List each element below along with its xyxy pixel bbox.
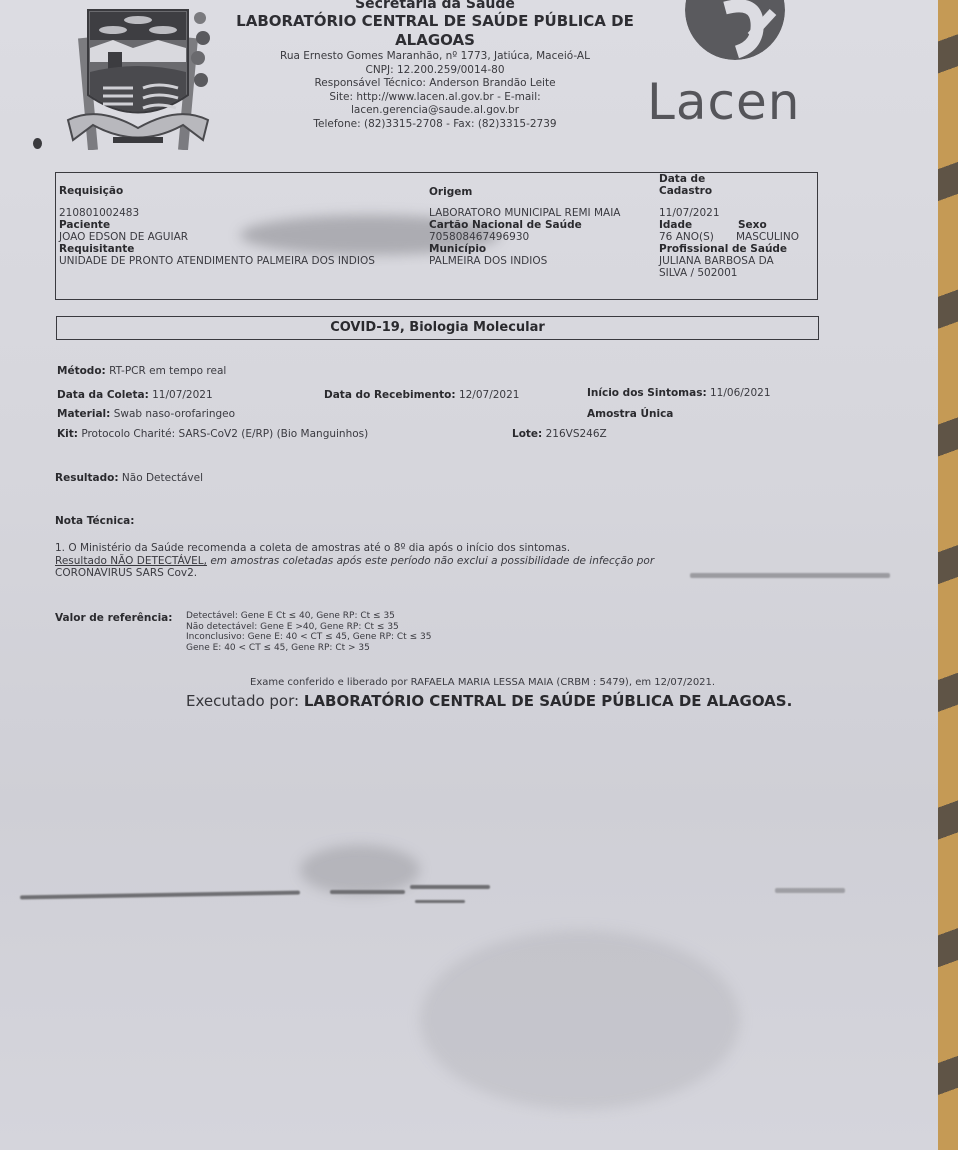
fold-line bbox=[330, 890, 405, 894]
lab-phone: Telefone: (82)3315-2708 - Fax: (82)3315-… bbox=[225, 118, 645, 132]
resultado-line: Resultado: Não Detectável bbox=[55, 472, 203, 485]
inicio-sintomas-line: Início dos Sintomas: 11/06/2021 bbox=[587, 387, 771, 400]
patient-info-box: Requisição 210801002483 Paciente JOAO ED… bbox=[55, 172, 818, 300]
executado-label: Executado por: bbox=[186, 692, 299, 710]
nota-line-2-emphasis: Resultado NÃO DETECTÁVEL, bbox=[55, 555, 207, 567]
inicio-sintomas-value: 11/06/2021 bbox=[710, 387, 771, 399]
lab-report-document: Secretaria da Saúde LABORATÓRIO CENTRAL … bbox=[0, 0, 938, 1150]
requisicao-label: Requisição bbox=[59, 185, 123, 198]
background-surface bbox=[935, 0, 958, 1150]
requisitante-value: UNIDADE DE PRONTO ATENDIMENTO PALMEIRA D… bbox=[59, 255, 375, 268]
fold-line bbox=[20, 891, 300, 900]
referencia-item: Detectável: Gene E Ct ≤ 40, Gene RP: Ct … bbox=[186, 611, 431, 622]
department-name: Secretaria da Saúde bbox=[225, 0, 645, 12]
lab-header: Secretaria da Saúde LABORATÓRIO CENTRAL … bbox=[225, 0, 645, 131]
lab-address: Rua Ernesto Gomes Maranhão, nº 1773, Jat… bbox=[225, 50, 645, 64]
stray-mark bbox=[33, 138, 42, 149]
nota-tecnica-heading: Nota Técnica: bbox=[55, 515, 134, 528]
resultado-label: Resultado: bbox=[55, 472, 119, 484]
lab-name: LABORATÓRIO CENTRAL DE SAÚDE PÚBLICA DE bbox=[225, 12, 645, 31]
fold-line bbox=[415, 900, 465, 903]
metodo-line: Método: RT-PCR em tempo real bbox=[57, 365, 226, 378]
metodo-value: RT-PCR em tempo real bbox=[109, 365, 226, 377]
material-value: Swab naso-orofaringeo bbox=[114, 408, 235, 420]
lote-value: 216VS246Z bbox=[546, 428, 607, 440]
data-coleta-value: 11/07/2021 bbox=[152, 389, 213, 401]
kit-label: Kit: bbox=[57, 428, 78, 440]
origem-label: Origem bbox=[429, 186, 472, 199]
data-coleta-line: Data da Coleta: 11/07/2021 bbox=[57, 389, 213, 402]
data-recebimento-line: Data do Recebimento: 12/07/2021 bbox=[324, 389, 519, 402]
kit-line: Kit: Protocolo Charité: SARS-CoV2 (E/RP)… bbox=[57, 428, 368, 441]
amostra-unica: Amostra Única bbox=[587, 408, 673, 420]
lacen-logo: Lacen bbox=[645, 0, 795, 135]
executado-value: LABORATÓRIO CENTRAL DE SAÚDE PÚBLICA DE … bbox=[304, 692, 792, 710]
metodo-label: Método: bbox=[57, 365, 106, 377]
inicio-sintomas-label: Início dos Sintomas: bbox=[587, 387, 707, 399]
alagoas-coat-of-arms-icon bbox=[58, 0, 218, 150]
liberado-por: Exame conferido e liberado por RAFAELA M… bbox=[250, 677, 715, 688]
profissional-value-2: SILVA / 502001 bbox=[659, 267, 737, 280]
referencia-item: Inconclusivo: Gene E: 40 < CT ≤ 45, Gene… bbox=[186, 632, 431, 643]
fold-line bbox=[410, 885, 490, 889]
nota-line-3: CORONAVIRUS SARS Cov2. bbox=[55, 567, 197, 580]
smudge bbox=[300, 845, 420, 895]
lote-label: Lote: bbox=[512, 428, 542, 440]
smudge bbox=[420, 930, 740, 1110]
data-cadastro-label-2: Cadastro bbox=[659, 185, 712, 198]
material-line: Material: Swab naso-orofaringeo bbox=[57, 408, 235, 421]
amostra-line: Amostra Única bbox=[587, 408, 673, 421]
fold-line bbox=[775, 888, 845, 893]
lacen-logo-text: Lacen bbox=[647, 76, 800, 128]
referencia-list: Detectável: Gene E Ct ≤ 40, Gene RP: Ct … bbox=[186, 611, 431, 653]
resultado-value: Não Detectável bbox=[122, 472, 203, 484]
referencia-item: Gene E: 40 < CT ≤ 45, Gene RP: Ct > 35 bbox=[186, 643, 431, 654]
nota-line-1: 1. O Ministério da Saúde recomenda a col… bbox=[55, 542, 570, 555]
executado-por-line: Executado por: LABORATÓRIO CENTRAL DE SA… bbox=[186, 692, 792, 710]
data-coleta-label: Data da Coleta: bbox=[57, 389, 149, 401]
referencia-heading: Valor de referência: bbox=[55, 612, 172, 625]
lab-site: Site: http://www.lacen.al.gov.br - E-mai… bbox=[225, 91, 645, 105]
nota-label: Nota Técnica: bbox=[55, 515, 134, 527]
technical-responsible: Responsável Técnico: Anderson Brandão Le… bbox=[225, 77, 645, 91]
lab-name-line2: ALAGOAS bbox=[225, 31, 645, 50]
data-recebimento-label: Data do Recebimento: bbox=[324, 389, 456, 401]
lab-cnpj: CNPJ: 12.200.259/0014-80 bbox=[225, 64, 645, 78]
data-recebimento-value: 12/07/2021 bbox=[459, 389, 520, 401]
referencia-label: Valor de referência: bbox=[55, 612, 172, 624]
fold-line bbox=[690, 573, 890, 578]
lab-email: lacen.gerencia@saude.al.gov.br bbox=[225, 104, 645, 118]
lacen-logo-icon bbox=[685, 0, 785, 60]
municipio-value: PALMEIRA DOS INDIOS bbox=[429, 255, 547, 268]
lote-line: Lote: 216VS246Z bbox=[512, 428, 607, 441]
nota-line-2-rest: em amostras coletadas após este período … bbox=[207, 555, 654, 567]
material-label: Material: bbox=[57, 408, 110, 420]
referencia-item: Não detectável: Gene E >40, Gene RP: Ct … bbox=[186, 622, 431, 633]
exam-section-title: COVID-19, Biologia Molecular bbox=[56, 316, 819, 340]
kit-value: Protocolo Charité: SARS-CoV2 (E/RP) (Bio… bbox=[81, 428, 368, 440]
